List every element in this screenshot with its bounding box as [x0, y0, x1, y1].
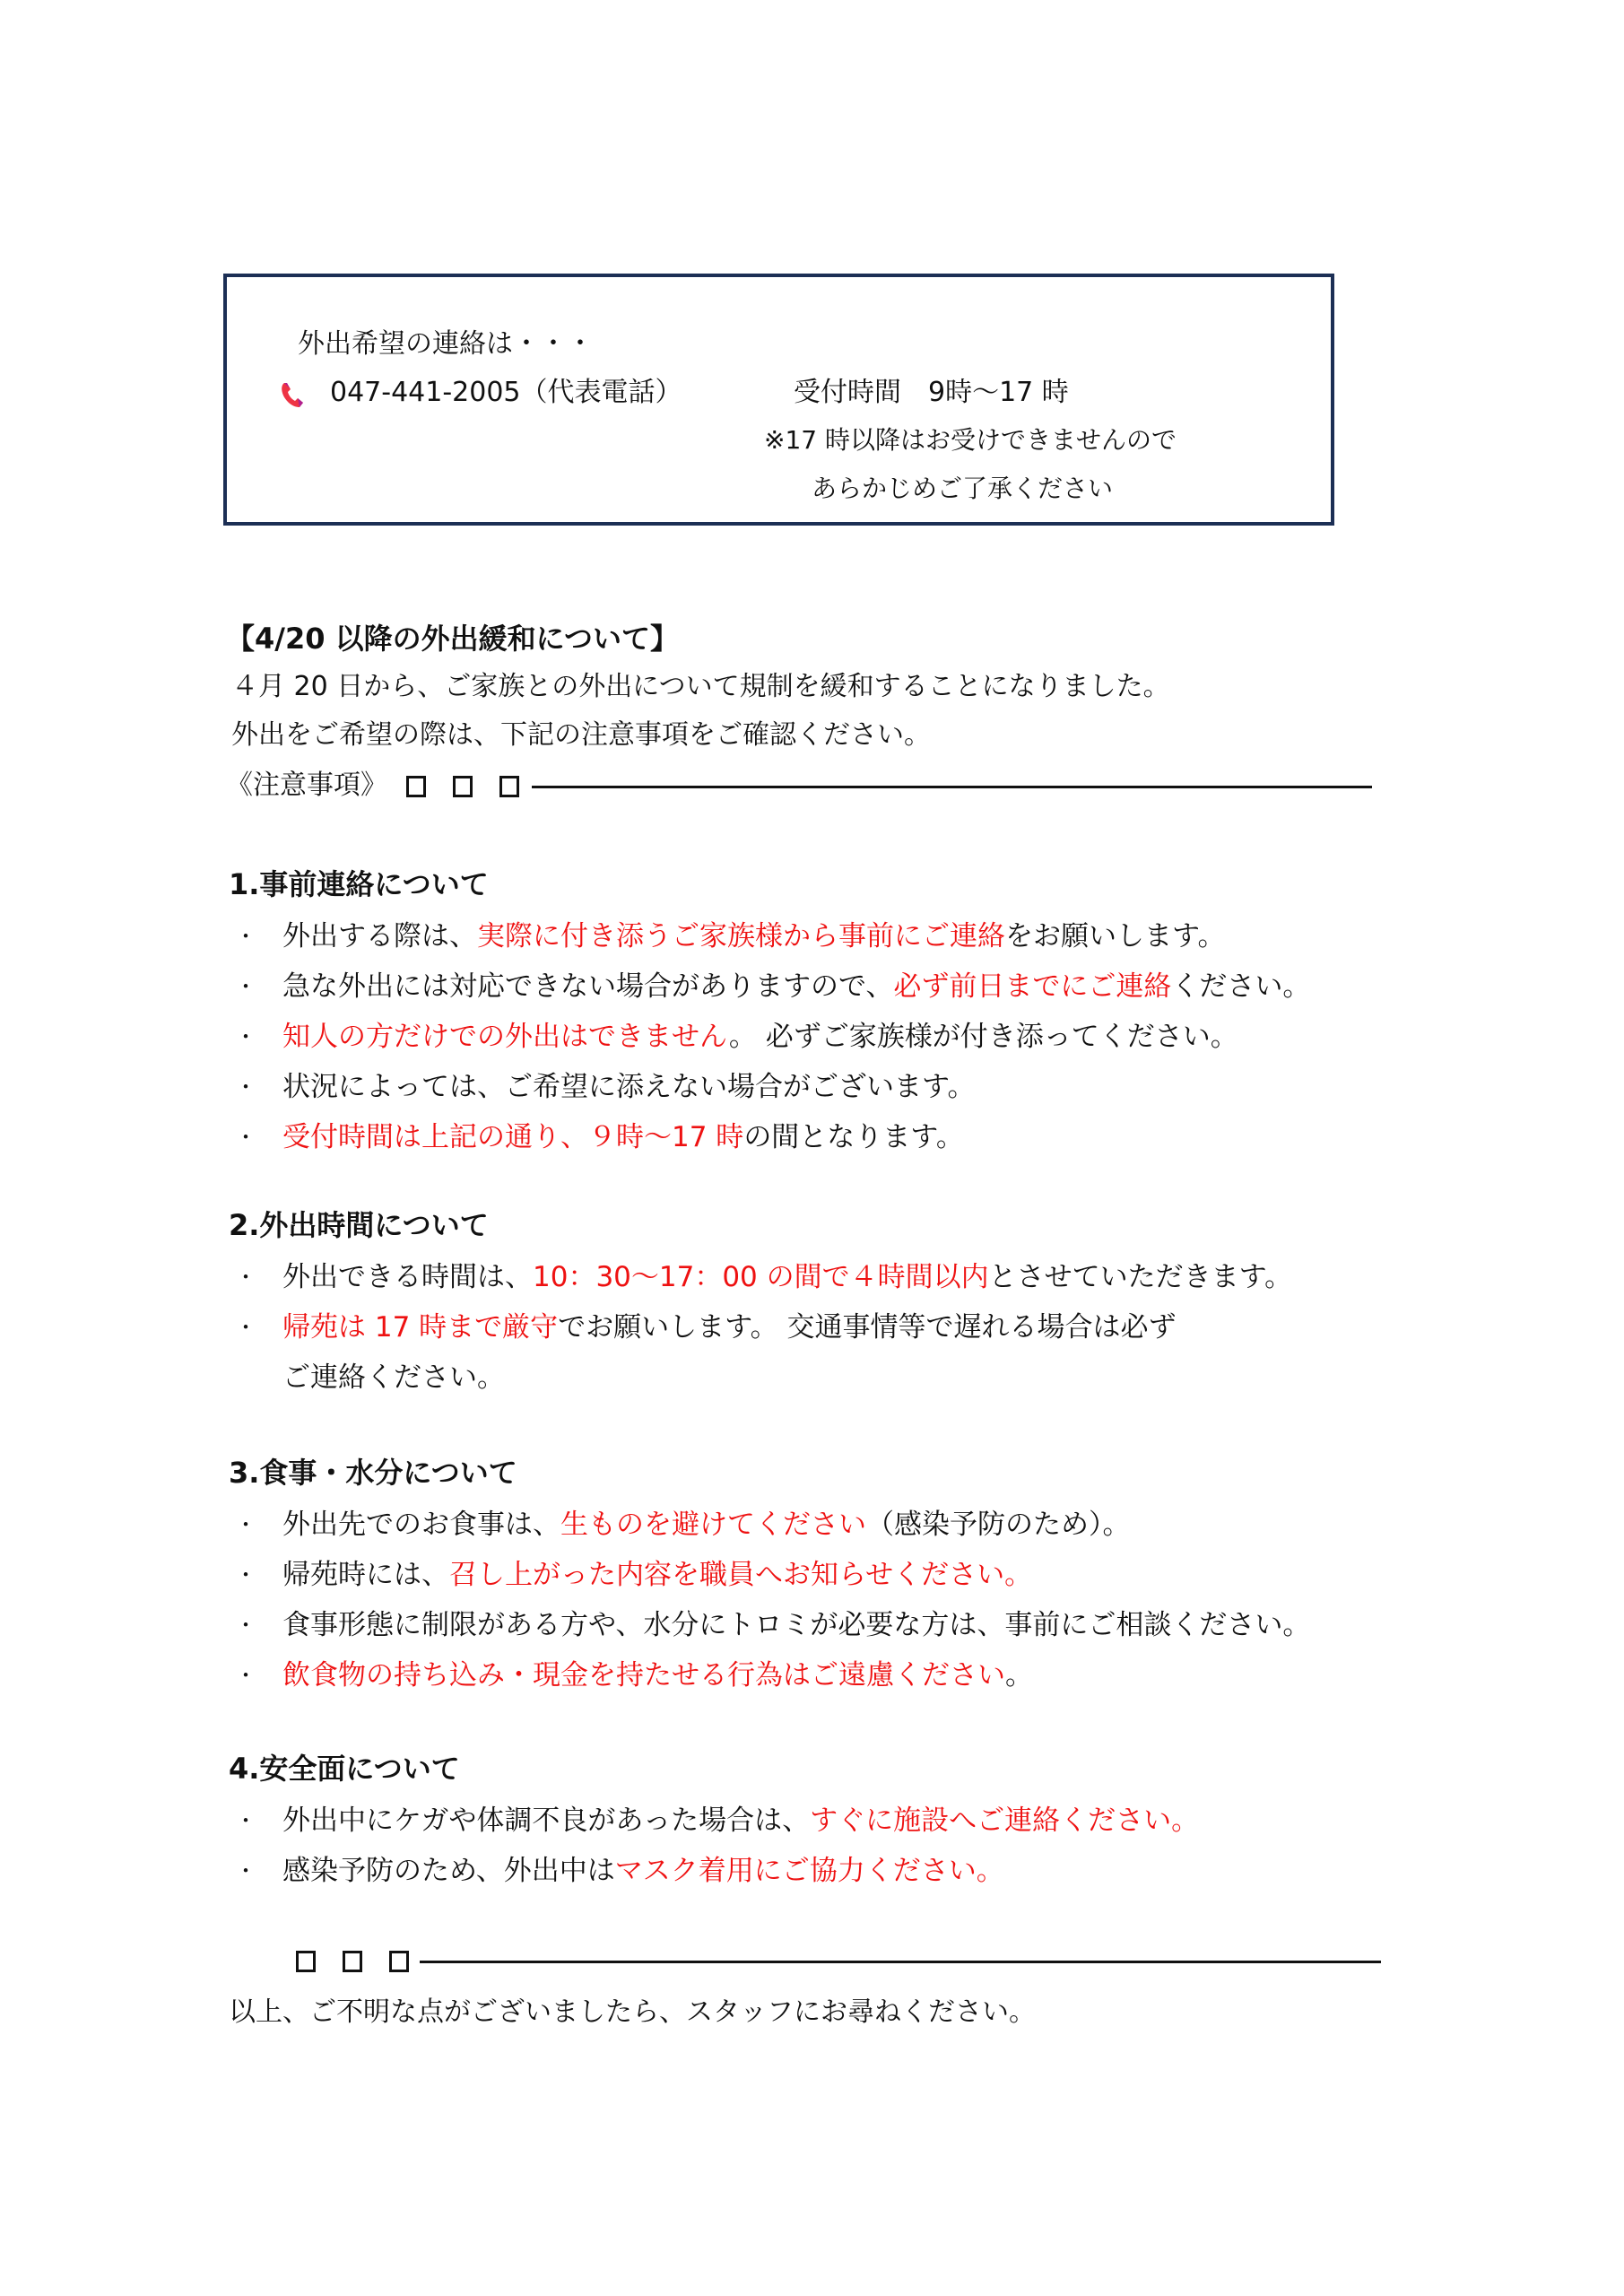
list-item: 外出できる時間は、10：30～17：00 の間で４時間以内とさせていただきます。	[282, 1259, 1292, 1295]
bullet-icon: ・	[235, 1259, 256, 1295]
closing-text: 以上、ご不明な点がございましたら、スタッフにお尋ねください。	[229, 1996, 1036, 2029]
bullet-icon: ・	[235, 1557, 256, 1593]
emphasis-text: 飲食物の持ち込み・現金を持たせる行為はご遠慮ください	[282, 1659, 1005, 1692]
square-icon	[296, 1951, 316, 1972]
square-icon	[499, 776, 519, 797]
list-item: 帰苑は 17 時まで厳守でお願いします。 交通事情等で遅れる場合は必ず	[282, 1309, 1177, 1345]
contact-hours: 受付時間 9時～17 時	[794, 377, 1069, 409]
intro-heading: 【4/20 以降の外出緩和について】	[226, 621, 679, 657]
list-item: 外出中にケガや体調不良があった場合は、すぐに施設へご連絡ください。	[282, 1803, 1199, 1839]
section-3-heading: 3.食事・水分について	[229, 1455, 517, 1491]
contact-note-line1: ※17 時以降はお受けできませんので	[764, 425, 1177, 456]
list-item: 受付時間は上記の通り、９時～17 時の間となります。	[282, 1119, 964, 1155]
bullet-icon: ・	[235, 1119, 256, 1155]
list-item: 外出先でのお食事は、生ものを避けてください（感染予防のため）。	[282, 1507, 1131, 1543]
notes-label: 《注意事項》	[226, 770, 387, 802]
body-text: でお願いします。 交通事情等で遅れる場合は必ず	[558, 1311, 1176, 1344]
contact-title: 外出希望の連絡は・・・	[298, 328, 594, 361]
square-icon	[343, 1951, 362, 1972]
list-item: 感染予防のため、外出中はマスク着用にご協力ください。	[282, 1853, 1004, 1889]
body-text: をお願いします。	[1005, 920, 1226, 952]
body-text: の間となります。	[743, 1121, 964, 1153]
contact-note-line2: あらかじめご了承ください	[812, 474, 1113, 504]
list-item: 知人の方だけでの外出はできません。 必ずご家族様が付き添ってください。	[282, 1019, 1238, 1055]
body-text: 外出できる時間は、	[282, 1261, 533, 1293]
emphasis-text: 10：30～17：00 の間で４時間以内	[533, 1261, 989, 1293]
emphasis-text: 生ものを避けてください	[560, 1509, 866, 1541]
list-item: 食事形態に制限がある方や、水分にトロミが必要な方は、事前にご相談ください。	[282, 1607, 1310, 1643]
emphasis-text: 受付時間は上記の通り、９時～17 時	[282, 1121, 743, 1153]
bullet-icon: ・	[235, 1069, 256, 1105]
body-text: ください。	[1171, 970, 1310, 1003]
list-item-continuation: ご連絡ください。	[282, 1360, 505, 1396]
emphasis-text: 帰苑は 17 時まで厳守	[282, 1311, 558, 1344]
body-text: 食事形態に制限がある方や、水分にトロミが必要な方は、事前にご相談ください。	[282, 1609, 1310, 1641]
square-icon	[389, 1951, 409, 1972]
bullet-icon: ・	[235, 1309, 256, 1345]
body-text: 。 必ずご家族様が付き添ってください。	[729, 1021, 1238, 1053]
list-item: 飲食物の持ち込み・現金を持たせる行為はご遠慮ください。	[282, 1657, 1033, 1693]
bullet-icon: ・	[235, 1657, 256, 1693]
bullet-icon: ・	[235, 1507, 256, 1543]
emphasis-text: 召し上がった内容を職員へお知らせください。	[449, 1559, 1032, 1591]
body-text: とさせていただきます。	[989, 1261, 1293, 1293]
contact-phone[interactable]: 047-441-2005（代表電話）	[330, 377, 682, 409]
square-icon	[406, 776, 426, 797]
body-text: （感染予防のため）。	[866, 1509, 1131, 1541]
body-text: 帰苑時には、	[282, 1559, 449, 1591]
notes-squares	[406, 776, 519, 797]
body-text: 外出先でのお食事は、	[282, 1509, 560, 1541]
closing-squares	[296, 1951, 409, 1972]
bullet-icon: ・	[235, 1019, 256, 1055]
square-icon	[453, 776, 473, 797]
bullet-icon: ・	[235, 1853, 256, 1889]
body-text: 。	[1005, 1659, 1033, 1692]
bullet-icon: ・	[235, 1607, 256, 1643]
body-text: 感染予防のため、外出中は	[282, 1855, 615, 1887]
list-item: 外出する際は、実際に付き添うご家族様から事前にご連絡をお願いします。	[282, 918, 1226, 954]
intro-line1: ４月 20 日から、ご家族との外出について規制を緩和することになりました。	[231, 671, 1170, 703]
intro-line2: 外出をご希望の際は、下記の注意事項をご確認ください。	[231, 719, 931, 752]
emphasis-text: 必ず前日までにご連絡	[893, 970, 1171, 1003]
body-text: 急な外出には対応できない場合がありますので、	[282, 970, 893, 1003]
list-item: 急な外出には対応できない場合がありますので、必ず前日までにご連絡ください。	[282, 969, 1310, 1004]
body-text: 外出中にケガや体調不良があった場合は、	[282, 1805, 810, 1837]
body-text: 状況によっては、ご希望に添えない場合がございます。	[282, 1071, 976, 1103]
body-text: 外出する際は、	[282, 920, 477, 952]
emphasis-text: すぐに施設へご連絡ください。	[810, 1805, 1199, 1837]
divider-line	[532, 786, 1372, 788]
bullet-icon: ・	[235, 969, 256, 1004]
emphasis-text: マスク着用にご協力ください。	[615, 1855, 1004, 1887]
list-item: 帰苑時には、召し上がった内容を職員へお知らせください。	[282, 1557, 1032, 1593]
list-item: 状況によっては、ご希望に添えない場合がございます。	[282, 1069, 976, 1105]
emphasis-text: 知人の方だけでの外出はできません	[282, 1021, 729, 1053]
emphasis-text: 実際に付き添うご家族様から事前にご連絡	[477, 920, 1005, 952]
section-1-heading: 1.事前連絡について	[229, 866, 489, 902]
phone-icon	[280, 380, 307, 409]
document-page: 外出希望の連絡は・・・ 047-441-2005（代表電話） 受付時間 9時～1…	[0, 0, 1624, 2296]
section-2-heading: 2.外出時間について	[229, 1207, 489, 1243]
closing-divider-line	[420, 1961, 1381, 1963]
bullet-icon: ・	[235, 918, 256, 954]
bullet-icon: ・	[235, 1803, 256, 1839]
section-4-heading: 4.安全面について	[229, 1751, 460, 1787]
